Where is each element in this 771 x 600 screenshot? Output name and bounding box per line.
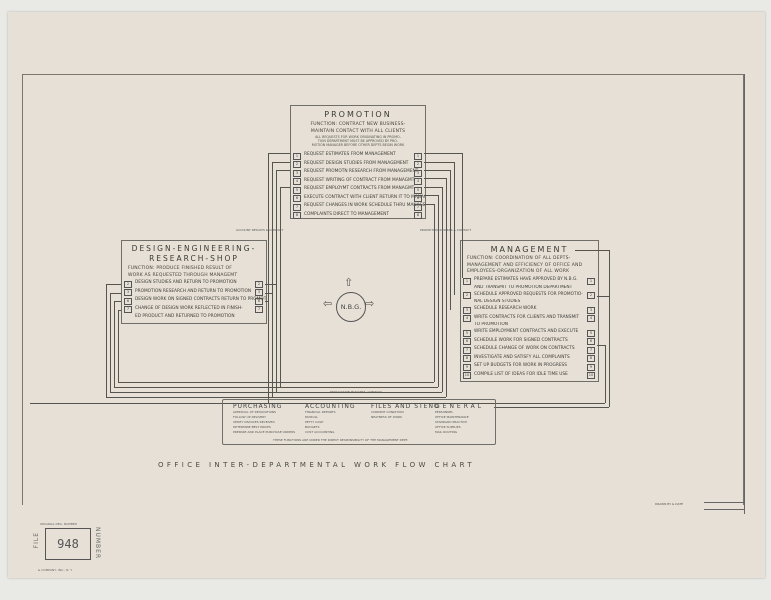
item-number: 1 — [463, 278, 471, 285]
column-heading: GENERAL — [435, 403, 484, 410]
item-ref: 1 — [414, 153, 422, 160]
management-item: 10COMPILE LIST OF IDEAS FOR IDLE TIME US… — [461, 371, 598, 380]
item-text: TO PROMOTION — [474, 322, 508, 327]
management-function: FUNCTION: COORDINATION OF ALL DEPTS- MAN… — [461, 256, 598, 276]
item-number: 3 — [463, 307, 471, 314]
promotion-item: 3REQUEST PROMOTN RESEARCH FROM MANAGEMEN… — [291, 168, 425, 177]
item-number: 5 — [293, 187, 301, 194]
management-item: 5WRITE EMPLOYMENT CONTRACTS AND EXECUTE5 — [461, 328, 598, 337]
item-ref: 6 — [414, 195, 422, 202]
item-number: 3 — [124, 289, 132, 296]
number-label: NUMBER — [94, 527, 101, 559]
file-label: FILE — [33, 532, 40, 548]
item-text: REQUEST EMPLOYMT CONTRACTS FROM MANAGMT — [304, 186, 414, 191]
item-text: PREPARE ESTIMATES HAVE APPROVED BY N.B.G… — [474, 277, 578, 282]
files-steno-column: FILES AND STENO CURRENT CONDITION NEATNE… — [371, 403, 440, 420]
item-number: 10 — [463, 372, 471, 379]
design-item: ED PRODUCT AND RETURNED TO PROMOTION — [122, 313, 266, 322]
item-text: COMPILE LIST OF IDEAS FOR IDLE TIME USE — [474, 372, 568, 377]
arrow-up-icon: ⇧ — [344, 276, 353, 289]
promotion-item-list: 1REQUEST ESTIMATES FROM MANAGEMENT1 2REQ… — [291, 151, 425, 219]
item-number: 2 — [463, 292, 471, 299]
item-text: REQUEST ESTIMATES FROM MANAGEMENT — [304, 152, 396, 157]
item-ref: 4 — [414, 178, 422, 185]
item-ref: 3 — [587, 307, 595, 314]
item-ref: 6 — [255, 298, 263, 305]
management-item: 2SCHEDULE APPROVED REQUESTS FOR PROMOTIO… — [461, 291, 598, 300]
design-item-list: 2DESIGN STUDIES AND RETURN TO PROMOTION2… — [122, 279, 266, 322]
item-number: 2 — [124, 281, 132, 288]
item-ref: 3 — [414, 170, 422, 177]
services-footnote: THESE FUNCTIONS ARE UNDER THE DIRECT RES… — [273, 438, 408, 442]
promotion-item: 6EXECUTE CONTRACT WITH CLIENT RETURN IT … — [291, 194, 425, 203]
connector-label-bottom: PRODUCTION BUDGETS, CONTACT — [330, 390, 382, 394]
frame-edge — [744, 74, 745, 514]
management-function-line: EMPLOYEES-ORGANIZATION OF ALL WORK — [467, 269, 592, 276]
item-number: 6 — [293, 195, 301, 202]
arrow-left-icon: ⇦ — [323, 297, 332, 310]
design-box: DESIGN-ENGINEERING- RESEARCH-SHOP FUNCTI… — [121, 240, 267, 324]
stamp-bottom-text: & COMPANY, INC., N. Y. — [38, 568, 72, 572]
item-number: 7 — [124, 306, 132, 313]
item-text: NAL DESIGN STUDIES — [474, 299, 520, 304]
management-item: 8INVESTIGATE AND SATISFY ALL COMPLAINTS8 — [461, 354, 598, 363]
connector-label-right: PROMOTION RESULTS & CONTACT — [420, 228, 471, 232]
corner-note: DRAWN BY & DATE — [655, 502, 683, 506]
promotion-item: 1REQUEST ESTIMATES FROM MANAGEMENT1 — [291, 151, 425, 160]
item-number: 7 — [463, 347, 471, 354]
promotion-box: PROMOTION FUNCTION: CONTRACT NEW BUSINES… — [290, 105, 426, 219]
item-number: 9 — [463, 364, 471, 371]
item-ref: 2 — [587, 292, 595, 299]
item-text: DESIGN WORK ON SIGNED CONTRACTS RETURN T… — [135, 297, 266, 302]
item-text: SCHEDULE RESEARCH WORK — [474, 306, 537, 311]
design-item: 7CHANGE OF DESIGN WORK REFLECTED IN FINI… — [122, 305, 266, 314]
item-text: SCHEDULE APPROVED REQUESTS FOR PROMOTIO- — [474, 292, 583, 297]
column-item: MAIL ROUTING — [435, 430, 484, 435]
design-title: DESIGN-ENGINEERING- RESEARCH-SHOP — [122, 244, 266, 264]
item-text: SET UP BUDGETS FOR WORK IN PROGRESS — [474, 363, 567, 368]
item-ref: 2 — [414, 161, 422, 168]
design-item: 3PROMOTION RESEARCH AND RETURN TO PROMOT… — [122, 288, 266, 297]
management-item: 6SCHEDULE WORK FOR SIGNED CONTRACTS6 — [461, 337, 598, 346]
item-text: CHANGE OF DESIGN WORK REFLECTED IN FINIS… — [135, 306, 243, 311]
item-text: EXECUTE CONTRACT WITH CLIENT RETURN IT T… — [304, 195, 425, 200]
item-number: 4 — [463, 315, 471, 322]
chart-title: OFFICE INTER-DEPARTMENTAL WORK FLOW CHAR… — [158, 461, 475, 469]
promotion-note-line: MOTION MANAGER BEFORE OTHER DEPTS BEGIN … — [297, 143, 419, 147]
nbg-circle: N.B.G. — [336, 292, 366, 322]
connector-label-left: ACCOUNT RESULTS & CONTACT — [236, 228, 283, 232]
item-number: 8 — [293, 212, 301, 219]
item-text: SCHEDULE WORK FOR SIGNED CONTRACTS — [474, 338, 568, 343]
design-item: 2DESIGN STUDIES AND RETURN TO PROMOTION2 — [122, 279, 266, 288]
promotion-item: 8COMPLAINTS DIRECT TO MANAGEMENT8 — [291, 211, 425, 220]
column-heading: FILES AND STENO — [371, 403, 440, 410]
item-ref: 5 — [414, 187, 422, 194]
management-item: 3SCHEDULE RESEARCH WORK3 — [461, 305, 598, 314]
column-heading: ACCOUNTING — [305, 403, 356, 410]
item-number: 5 — [463, 330, 471, 337]
item-text: REQUEST WRITING OF CONTRACT FROM MANAGMT — [304, 178, 414, 183]
item-text: INVESTIGATE AND SATISFY ALL COMPLAINTS — [474, 355, 570, 360]
management-box: MANAGEMENT FUNCTION: COORDINATION OF ALL… — [460, 240, 599, 382]
promotion-function: FUNCTION: CONTRACT NEW BUSINESS- MAINTAI… — [291, 122, 425, 135]
services-box: PURCHASING APPROVAL OF REQUISITIONS FOLL… — [222, 399, 496, 445]
accounting-column: ACCOUNTING FINANCIAL REPORTS PAYROLL PET… — [305, 403, 356, 435]
item-ref: 6 — [587, 338, 595, 345]
column-item: PREPARE AND PLACE PURCHASE ORDERS — [233, 430, 295, 435]
item-text: REQUEST CHANGES IN WORK SCHEDULE THRU MA… — [304, 203, 425, 208]
item-text: COMPLAINTS DIRECT TO MANAGEMENT — [304, 212, 389, 217]
item-text: REQUEST DESIGN STUDIES FROM MANAGEMENT — [304, 161, 408, 166]
general-column: GENERAL PERSONNEL OFFICE MAINTENANCE STA… — [435, 403, 484, 435]
item-text: PROMOTION RESEARCH AND RETURN TO PROMOTI… — [135, 289, 251, 294]
item-ref: 5 — [587, 330, 595, 337]
column-item: COST ACCOUNTING — [305, 430, 356, 435]
item-number: 7 — [293, 204, 301, 211]
item-ref: 8 — [587, 355, 595, 362]
item-number: 6 — [463, 338, 471, 345]
item-number: 3 — [293, 170, 301, 177]
item-ref: 7 — [587, 347, 595, 354]
item-ref: 10 — [587, 372, 595, 379]
item-number: 8 — [463, 355, 471, 362]
item-number: 2 — [293, 161, 301, 168]
column-item: NEATNESS OF WORK — [371, 415, 440, 420]
item-ref: 1 — [587, 278, 595, 285]
promotion-item: 4REQUEST WRITING OF CONTRACT FROM MANAGM… — [291, 177, 425, 186]
item-text: AND TRANSMIT TO PROMOTION DEPARTMENT — [474, 285, 572, 290]
item-text: ED PRODUCT AND RETURNED TO PROMOTION — [135, 314, 235, 319]
item-text: WRITE CONTRACTS FOR CLIENTS AND TRANSMIT — [474, 315, 579, 320]
item-number: 6 — [124, 298, 132, 305]
item-number: 4 — [293, 178, 301, 185]
purchasing-column: PURCHASING APPROVAL OF REQUISITIONS FOLL… — [233, 403, 295, 435]
item-ref: 8 — [414, 212, 422, 219]
design-function: FUNCTION: PRODUCE FINISHED RESULT OF WOR… — [122, 266, 266, 279]
item-number: 1 — [293, 153, 301, 160]
management-item: 4WRITE CONTRACTS FOR CLIENTS AND TRANSMI… — [461, 314, 598, 323]
corner-stamp — [704, 496, 744, 518]
design-item: 6DESIGN WORK ON SIGNED CONTRACTS RETURN … — [122, 296, 266, 305]
management-item-list: 1PREPARE ESTIMATES HAVE APPROVED BY N.B.… — [461, 276, 598, 379]
design-title-line: DESIGN-ENGINEERING- — [122, 244, 266, 254]
arrow-right-icon: ⇨ — [365, 297, 374, 310]
promotion-item: 2REQUEST DESIGN STUDIES FROM MANAGEMENT2 — [291, 160, 425, 169]
item-ref: 9 — [587, 364, 595, 371]
management-item: 9SET UP BUDGETS FOR WORK IN PROGRESS9 — [461, 362, 598, 371]
item-ref: 2 — [255, 281, 263, 288]
promotion-item: 5REQUEST EMPLOYMT CONTRACTS FROM MANAGMT… — [291, 185, 425, 194]
design-title-line: RESEARCH-SHOP — [122, 254, 266, 264]
item-text: SCHEDULE CHANGE OF WORK ON CONTRACTS — [474, 346, 575, 351]
item-text: REQUEST PROMOTN RESEARCH FROM MANAGEMENT — [304, 169, 418, 174]
stamp-top-text: ORIGINAL NEG. NUMBER — [40, 522, 77, 526]
promotion-item: 7REQUEST CHANGES IN WORK SCHEDULE THRU M… — [291, 202, 425, 211]
item-text: WRITE EMPLOYMENT CONTRACTS AND EXECUTE — [474, 329, 578, 334]
item-text: DESIGN STUDIES AND RETURN TO PROMOTION — [135, 280, 237, 285]
promotion-function-line: FUNCTION: CONTRACT NEW BUSINESS- — [297, 122, 419, 129]
item-ref: 4 — [587, 315, 595, 322]
column-heading: PURCHASING — [233, 403, 295, 410]
promotion-title: PROMOTION — [291, 110, 425, 119]
item-ref: 7 — [255, 306, 263, 313]
item-ref: 7 — [414, 204, 422, 211]
management-item: 1PREPARE ESTIMATES HAVE APPROVED BY N.B.… — [461, 276, 598, 285]
item-ref: 3 — [255, 289, 263, 296]
promotion-note: ALL REQUESTS FOR WORK ORIGINATING IN PRO… — [291, 135, 425, 148]
management-item: 7SCHEDULE CHANGE OF WORK ON CONTRACTS7 — [461, 345, 598, 354]
file-number: 948 — [45, 528, 91, 560]
